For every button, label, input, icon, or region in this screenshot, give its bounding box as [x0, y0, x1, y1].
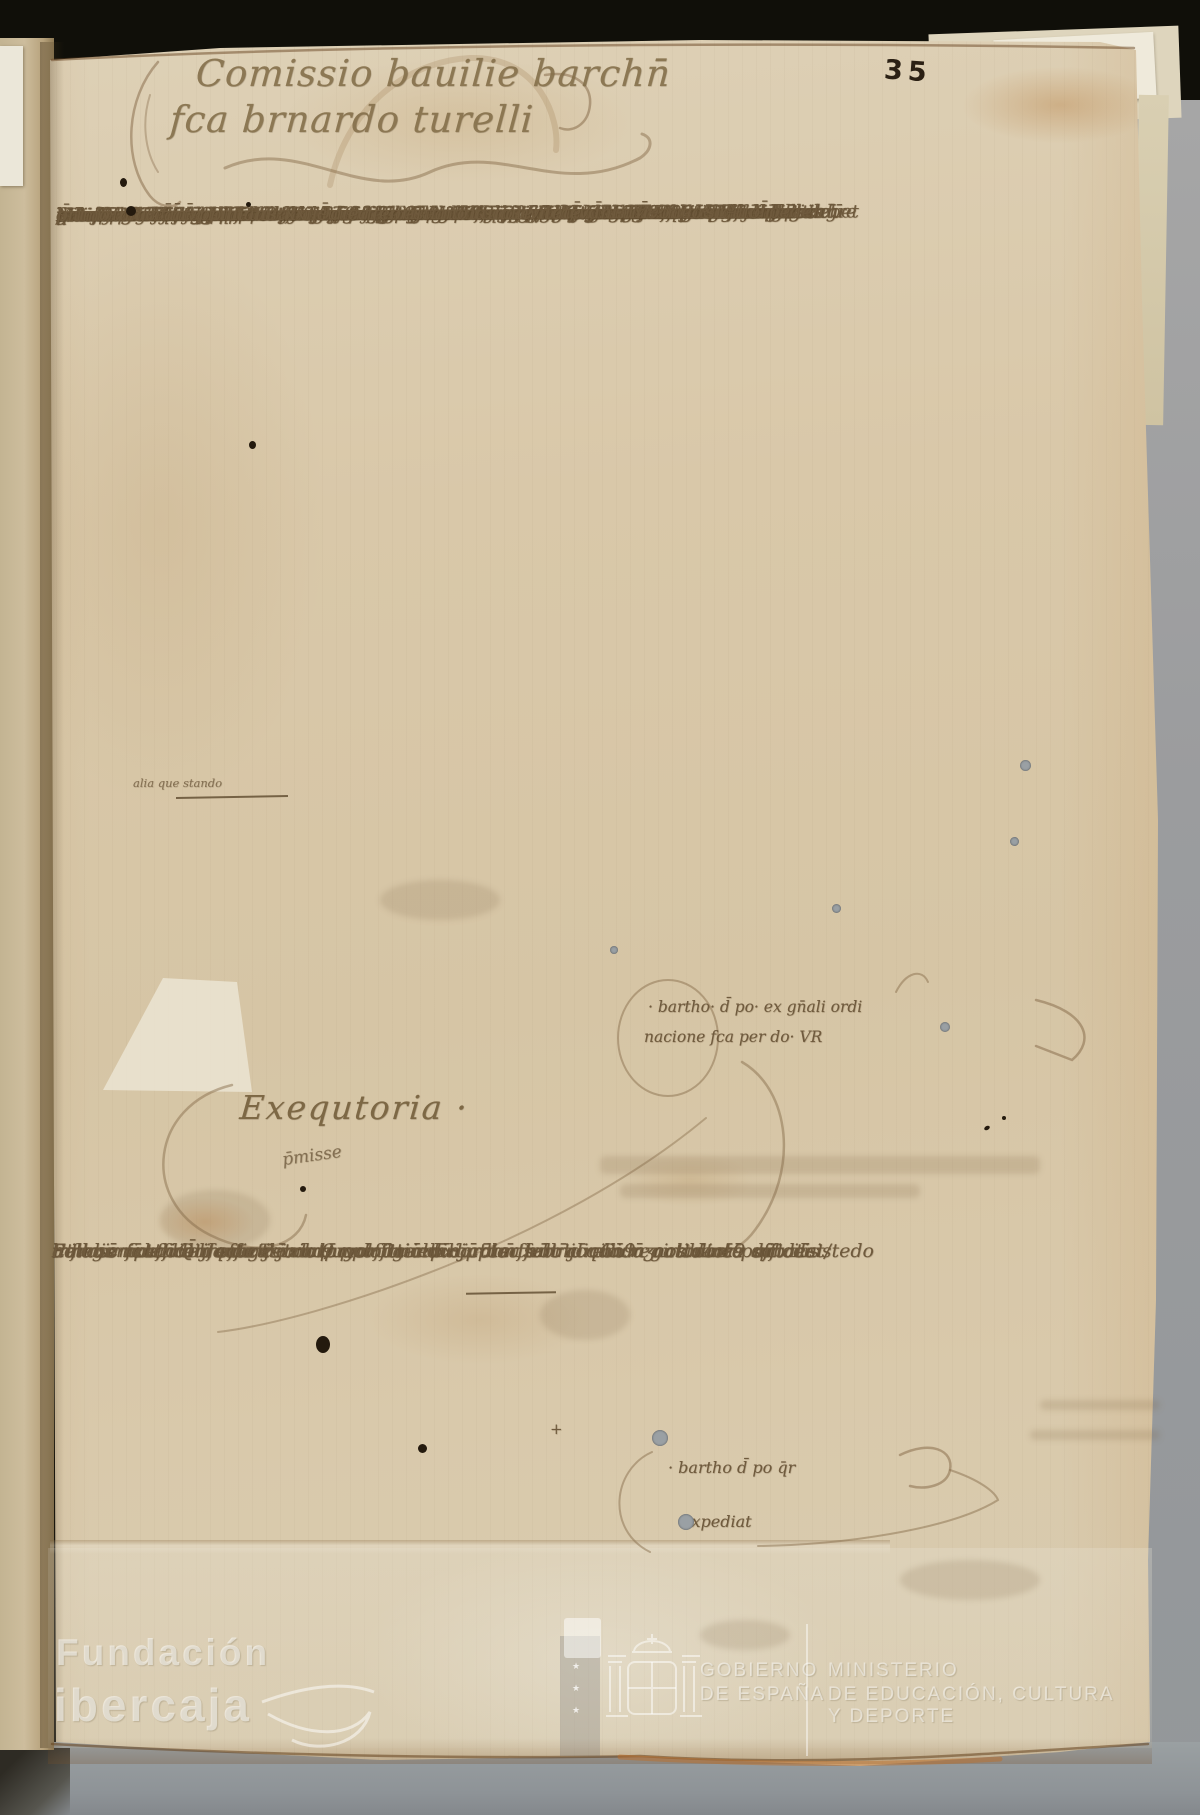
margin-note-line: · bartho· d̄ po· ex gn̄ali ordi [648, 998, 862, 1016]
wormhole [1020, 760, 1031, 771]
ink-blot [126, 206, 136, 216]
flourish-overlay [0, 0, 1200, 1815]
ink-blot [246, 202, 251, 207]
wormhole [678, 1514, 694, 1530]
ink-blot [249, 441, 256, 449]
interlinear-correction: alia que stando [133, 776, 222, 790]
star-icon: ★ [572, 1662, 580, 1672]
margin-cross-mark: + [550, 1420, 563, 1438]
header-title-line1: Comissio bauilie barchn̄ [194, 52, 672, 95]
wormhole [1010, 837, 1019, 846]
header-title-line2: fca brnardo turelli [168, 98, 535, 141]
stain [700, 1620, 790, 1650]
verso-show-through [600, 1156, 1040, 1174]
manuscript-photo: 35 Comissio bauilie barchn̄ fca brnardo … [0, 0, 1200, 1815]
ink-blot [120, 178, 127, 187]
margin-note-line: · bartho d̄ po q̄r [668, 1458, 795, 1477]
stain [900, 1560, 1040, 1600]
wormhole [832, 904, 841, 913]
wormhole [610, 946, 618, 954]
watermark-ministerio-line2: DE EDUCACIÓN, CULTURA [828, 1684, 1115, 1706]
spain-coat-of-arms-icon [606, 1634, 702, 1716]
star-icon: ★ [572, 1684, 580, 1694]
verso-show-through [1040, 1400, 1160, 1410]
stain [380, 880, 500, 920]
ink-blot [316, 1336, 330, 1353]
stain [160, 1190, 270, 1250]
watermark-fundacion: Fundación [56, 1632, 270, 1674]
ibercaja-swoosh-icon [262, 1686, 374, 1746]
margin-note-line: nacione fca per do· VR [644, 1028, 822, 1046]
text-line: primo·· lg can̄· [56, 204, 192, 232]
watermark-ministerio-line3: Y DEPORTE [828, 1706, 955, 1728]
folio-number: 35 [883, 54, 933, 88]
watermark-ministerio-line1: MINISTERIO [828, 1660, 959, 1682]
verso-show-through [1030, 1430, 1160, 1440]
wormhole [940, 1022, 950, 1032]
stain [540, 1290, 630, 1340]
text-line: millmō· ccc· Qinquagesimo pmo·· lg can̄:… [52, 1240, 459, 1275]
ink-blot [418, 1444, 427, 1453]
watermark-gobierno-line1: GOBIERNO [700, 1660, 818, 1682]
ink-blot [1002, 1116, 1006, 1120]
wormhole [652, 1430, 668, 1446]
ink-blot [300, 1186, 306, 1192]
watermark-box [564, 1618, 601, 1658]
star-icon: ★ [572, 1706, 580, 1716]
verso-show-through [620, 1184, 920, 1198]
watermark-ibercaja: ibercaja [54, 1678, 252, 1732]
watermark-divider [806, 1624, 808, 1756]
section-heading: Exequtoria · [238, 1088, 470, 1127]
